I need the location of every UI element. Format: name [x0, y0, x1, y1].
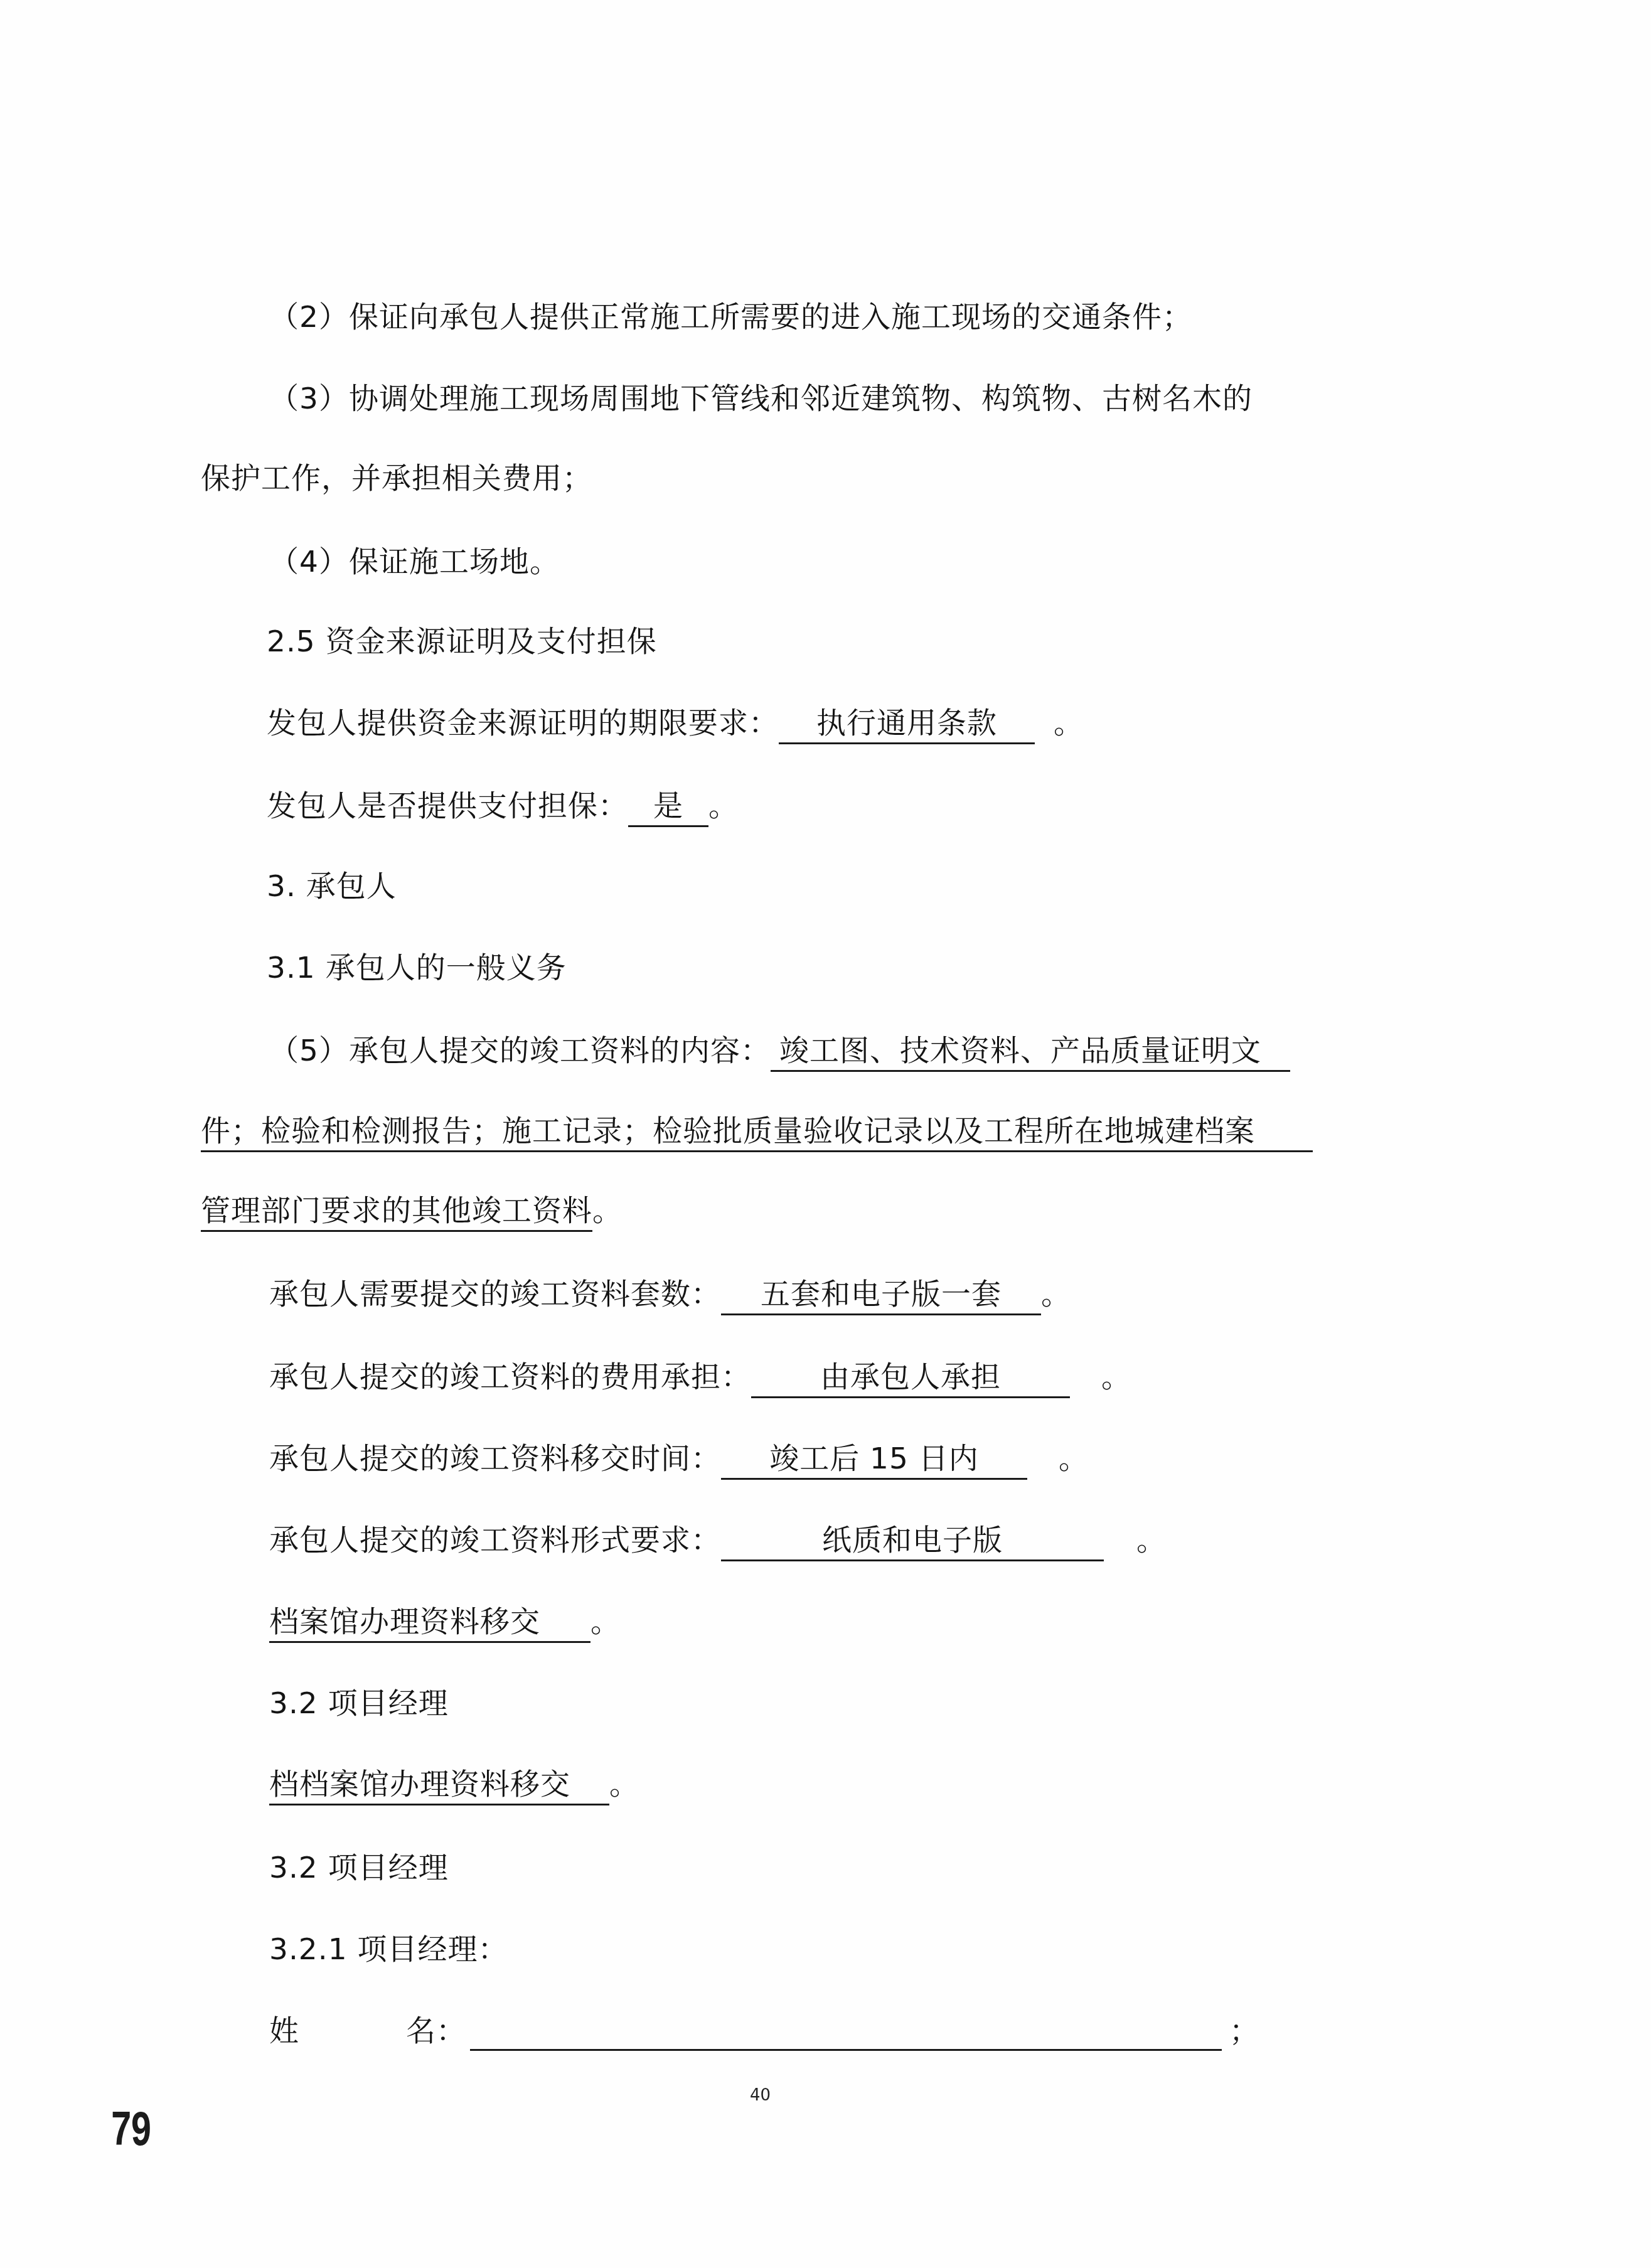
clause-item-3-line-1: （3）协调处理施工现场周围地下管线和邻近建筑物、构筑物、古树名木的 [269, 382, 1253, 417]
clause-item-2: （2）保证向承包人提供正常施工所需要的进入施工现场的交通条件； [269, 300, 1192, 335]
name-label-char-2: 名： [406, 2014, 466, 2048]
section-2-5-heading: 2.5 资金来源证明及支付担保 [267, 624, 657, 660]
archive-transfer-value-1: 档案馆办理资料移交 [269, 1606, 590, 1643]
completion-docs-sets-label: 承包人需要提交的竣工资料套数： [269, 1277, 721, 1312]
payment-guarantee-period: 。 [708, 789, 739, 823]
fund-proof-value: 执行通用条款 [779, 707, 1035, 744]
name-row-semicolon: ； [1229, 2014, 1259, 2048]
completion-docs-form-row: 承包人提交的竣工资料形式要求：纸质和电子版。 [269, 1523, 1167, 1561]
fund-proof-label: 发包人提供资金来源证明的期限要求： [267, 706, 779, 741]
document-page: （2）保证向承包人提供正常施工所需要的进入施工现场的交通条件； （3）协调处理施… [0, 0, 1651, 2268]
completion-docs-content-value-1: 竣工图、技术资料、产品质量证明文 [771, 1035, 1290, 1072]
completion-docs-form-label: 承包人提交的竣工资料形式要求： [269, 1523, 721, 1558]
completion-docs-sets-value: 五套和电子版一套 [721, 1278, 1041, 1315]
completion-docs-cost-label: 承包人提交的竣工资料的费用承担： [269, 1360, 751, 1394]
completion-docs-time-label: 承包人提交的竣工资料移交时间： [269, 1442, 721, 1476]
archive-transfer-row-2: 档档案馆办理资料移交。 [269, 1767, 639, 1805]
completion-docs-content-period: 。 [592, 1194, 622, 1228]
section-3-2-heading-2: 3.2 项目经理 [269, 1851, 449, 1886]
project-manager-name-field[interactable] [470, 2014, 1222, 2051]
completion-docs-time-period: 。 [1059, 1442, 1089, 1476]
clause-item-3-line-2: 保护工作，并承担相关费用； [201, 461, 592, 496]
completion-docs-sets-row: 承包人需要提交的竣工资料套数：五套和电子版一套。 [269, 1277, 1071, 1315]
section-3-1-heading: 3.1 承包人的一般义务 [267, 951, 567, 986]
fund-proof-row: 发包人提供资金来源证明的期限要求：执行通用条款。 [267, 706, 1084, 744]
completion-docs-content-value-3: 管理部门要求的其他竣工资料 [201, 1195, 592, 1232]
page-number: 40 [750, 2086, 771, 2105]
archive-stamp-number: 79 [110, 2107, 150, 2158]
payment-guarantee-value: 是 [628, 790, 708, 827]
archive-transfer-period-2: 。 [609, 1767, 639, 1802]
completion-docs-form-period: 。 [1136, 1523, 1167, 1558]
archive-transfer-value-2: 档档案馆办理资料移交 [269, 1768, 609, 1805]
section-3-heading: 3. 承包人 [267, 869, 397, 904]
payment-guarantee-row: 发包人是否提供支付担保：是。 [267, 789, 739, 827]
completion-docs-content-label: （5）承包人提交的竣工资料的内容： [269, 1034, 771, 1068]
completion-docs-time-value: 竣工后 15 日内 [721, 1443, 1027, 1480]
fund-proof-period: 。 [1054, 706, 1084, 741]
section-3-2-1-heading: 3.2.1 项目经理： [269, 1932, 508, 1967]
archive-transfer-row-1: 档案馆办理资料移交。 [269, 1605, 621, 1643]
clause-item-5-line-1: （5）承包人提交的竣工资料的内容：竣工图、技术资料、产品质量证明文 [269, 1034, 1290, 1072]
completion-docs-sets-period: 。 [1041, 1277, 1071, 1312]
clause-item-5-line-2: 件；检验和检测报告；施工记录；检验批质量验收记录以及工程所在地城建档案 [201, 1114, 1313, 1152]
completion-docs-cost-row: 承包人提交的竣工资料的费用承担：由承包人承担。 [269, 1360, 1131, 1398]
completion-docs-cost-period: 。 [1101, 1360, 1131, 1394]
archive-transfer-period-1: 。 [590, 1605, 621, 1639]
completion-docs-time-row: 承包人提交的竣工资料移交时间：竣工后 15 日内。 [269, 1442, 1089, 1480]
section-3-2-heading-1: 3.2 项目经理 [269, 1686, 449, 1721]
name-label-char-1: 姓 [269, 2014, 299, 2048]
clause-item-4: （4）保证施工场地。 [269, 545, 560, 580]
project-manager-name-row: 姓名：； [269, 2014, 1259, 2051]
completion-docs-form-value: 纸质和电子版 [721, 1524, 1104, 1561]
completion-docs-content-value-2: 件；检验和检测报告；施工记录；检验批质量验收记录以及工程所在地城建档案 [201, 1115, 1313, 1152]
completion-docs-cost-value: 由承包人承担 [751, 1361, 1070, 1398]
payment-guarantee-label: 发包人是否提供支付担保： [267, 789, 628, 823]
clause-item-5-line-3: 管理部门要求的其他竣工资料。 [201, 1194, 622, 1232]
